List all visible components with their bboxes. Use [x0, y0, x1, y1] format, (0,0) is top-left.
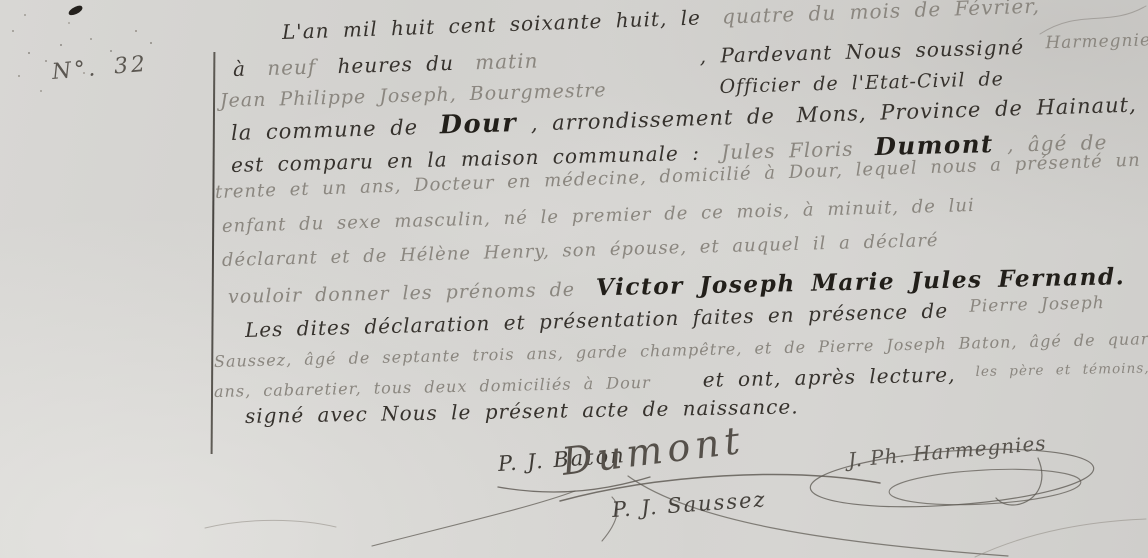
- signature-dumont: Dumont: [559, 418, 747, 484]
- act-number: N°. 32: [51, 52, 149, 85]
- formula-text: , arrondissement de: [530, 104, 775, 136]
- formula-text: L'an mil huit cent soixante huit, le: [282, 5, 702, 44]
- filled-daypart-text: matin: [475, 48, 539, 74]
- child-birth-details-text: enfant du sexe masculin, né le premier d…: [222, 195, 975, 237]
- formula-text: heures du: [337, 51, 454, 78]
- signature-officer: J. Ph. Harmegnies: [847, 431, 1047, 472]
- act-line-8: déclarant et de Hélène Henry, son épouse…: [222, 230, 939, 271]
- signers-note-text: les père et témoins,: [975, 360, 1148, 380]
- officer-descender-loop: [996, 458, 1042, 505]
- birth-record-scan: N°. 32 L'an mil huit cent soixante huit,…: [0, 0, 1148, 558]
- mother-details-text: déclarant et de Hélène Henry, son épouse…: [222, 230, 939, 271]
- filled-hour-text: neuf: [267, 55, 317, 80]
- witness1-firstnames-text: Pierre Joseph: [969, 293, 1105, 317]
- witnesses-residence-text: ans, cabaretier, tous deux domiciliés à …: [214, 373, 651, 401]
- bottom-right-ghost-stroke: [975, 519, 1146, 557]
- formula-text: à: [233, 57, 247, 81]
- formula-text: vouloir donner les prénoms de: [228, 279, 575, 308]
- district-province-text: Mons, Province de Hainaut,: [796, 93, 1137, 128]
- ink-blot: [67, 4, 84, 16]
- formula-text: et ont, après lecture,: [703, 362, 956, 391]
- commune-name-text: Dour: [439, 108, 517, 140]
- dumont-left-sweep: [372, 491, 575, 546]
- officer-name-text: Harmegnies: [1045, 30, 1148, 53]
- officer-flourish-inner: [888, 465, 1082, 509]
- ink-specks: [28, 52, 30, 54]
- formula-text: , Pardevant Nous soussigné: [699, 35, 1024, 68]
- formula-text: la commune de: [231, 115, 419, 145]
- act-line-7: enfant du sexe masculin, né le premier d…: [222, 195, 975, 237]
- filled-date-text: quatre du mois de Février,: [722, 0, 1041, 29]
- bottom-left-ghost-stroke: [205, 520, 336, 528]
- top-right-ghost-stroke: [1040, 6, 1146, 34]
- signature-saussez: P. J. Saussez: [611, 487, 767, 522]
